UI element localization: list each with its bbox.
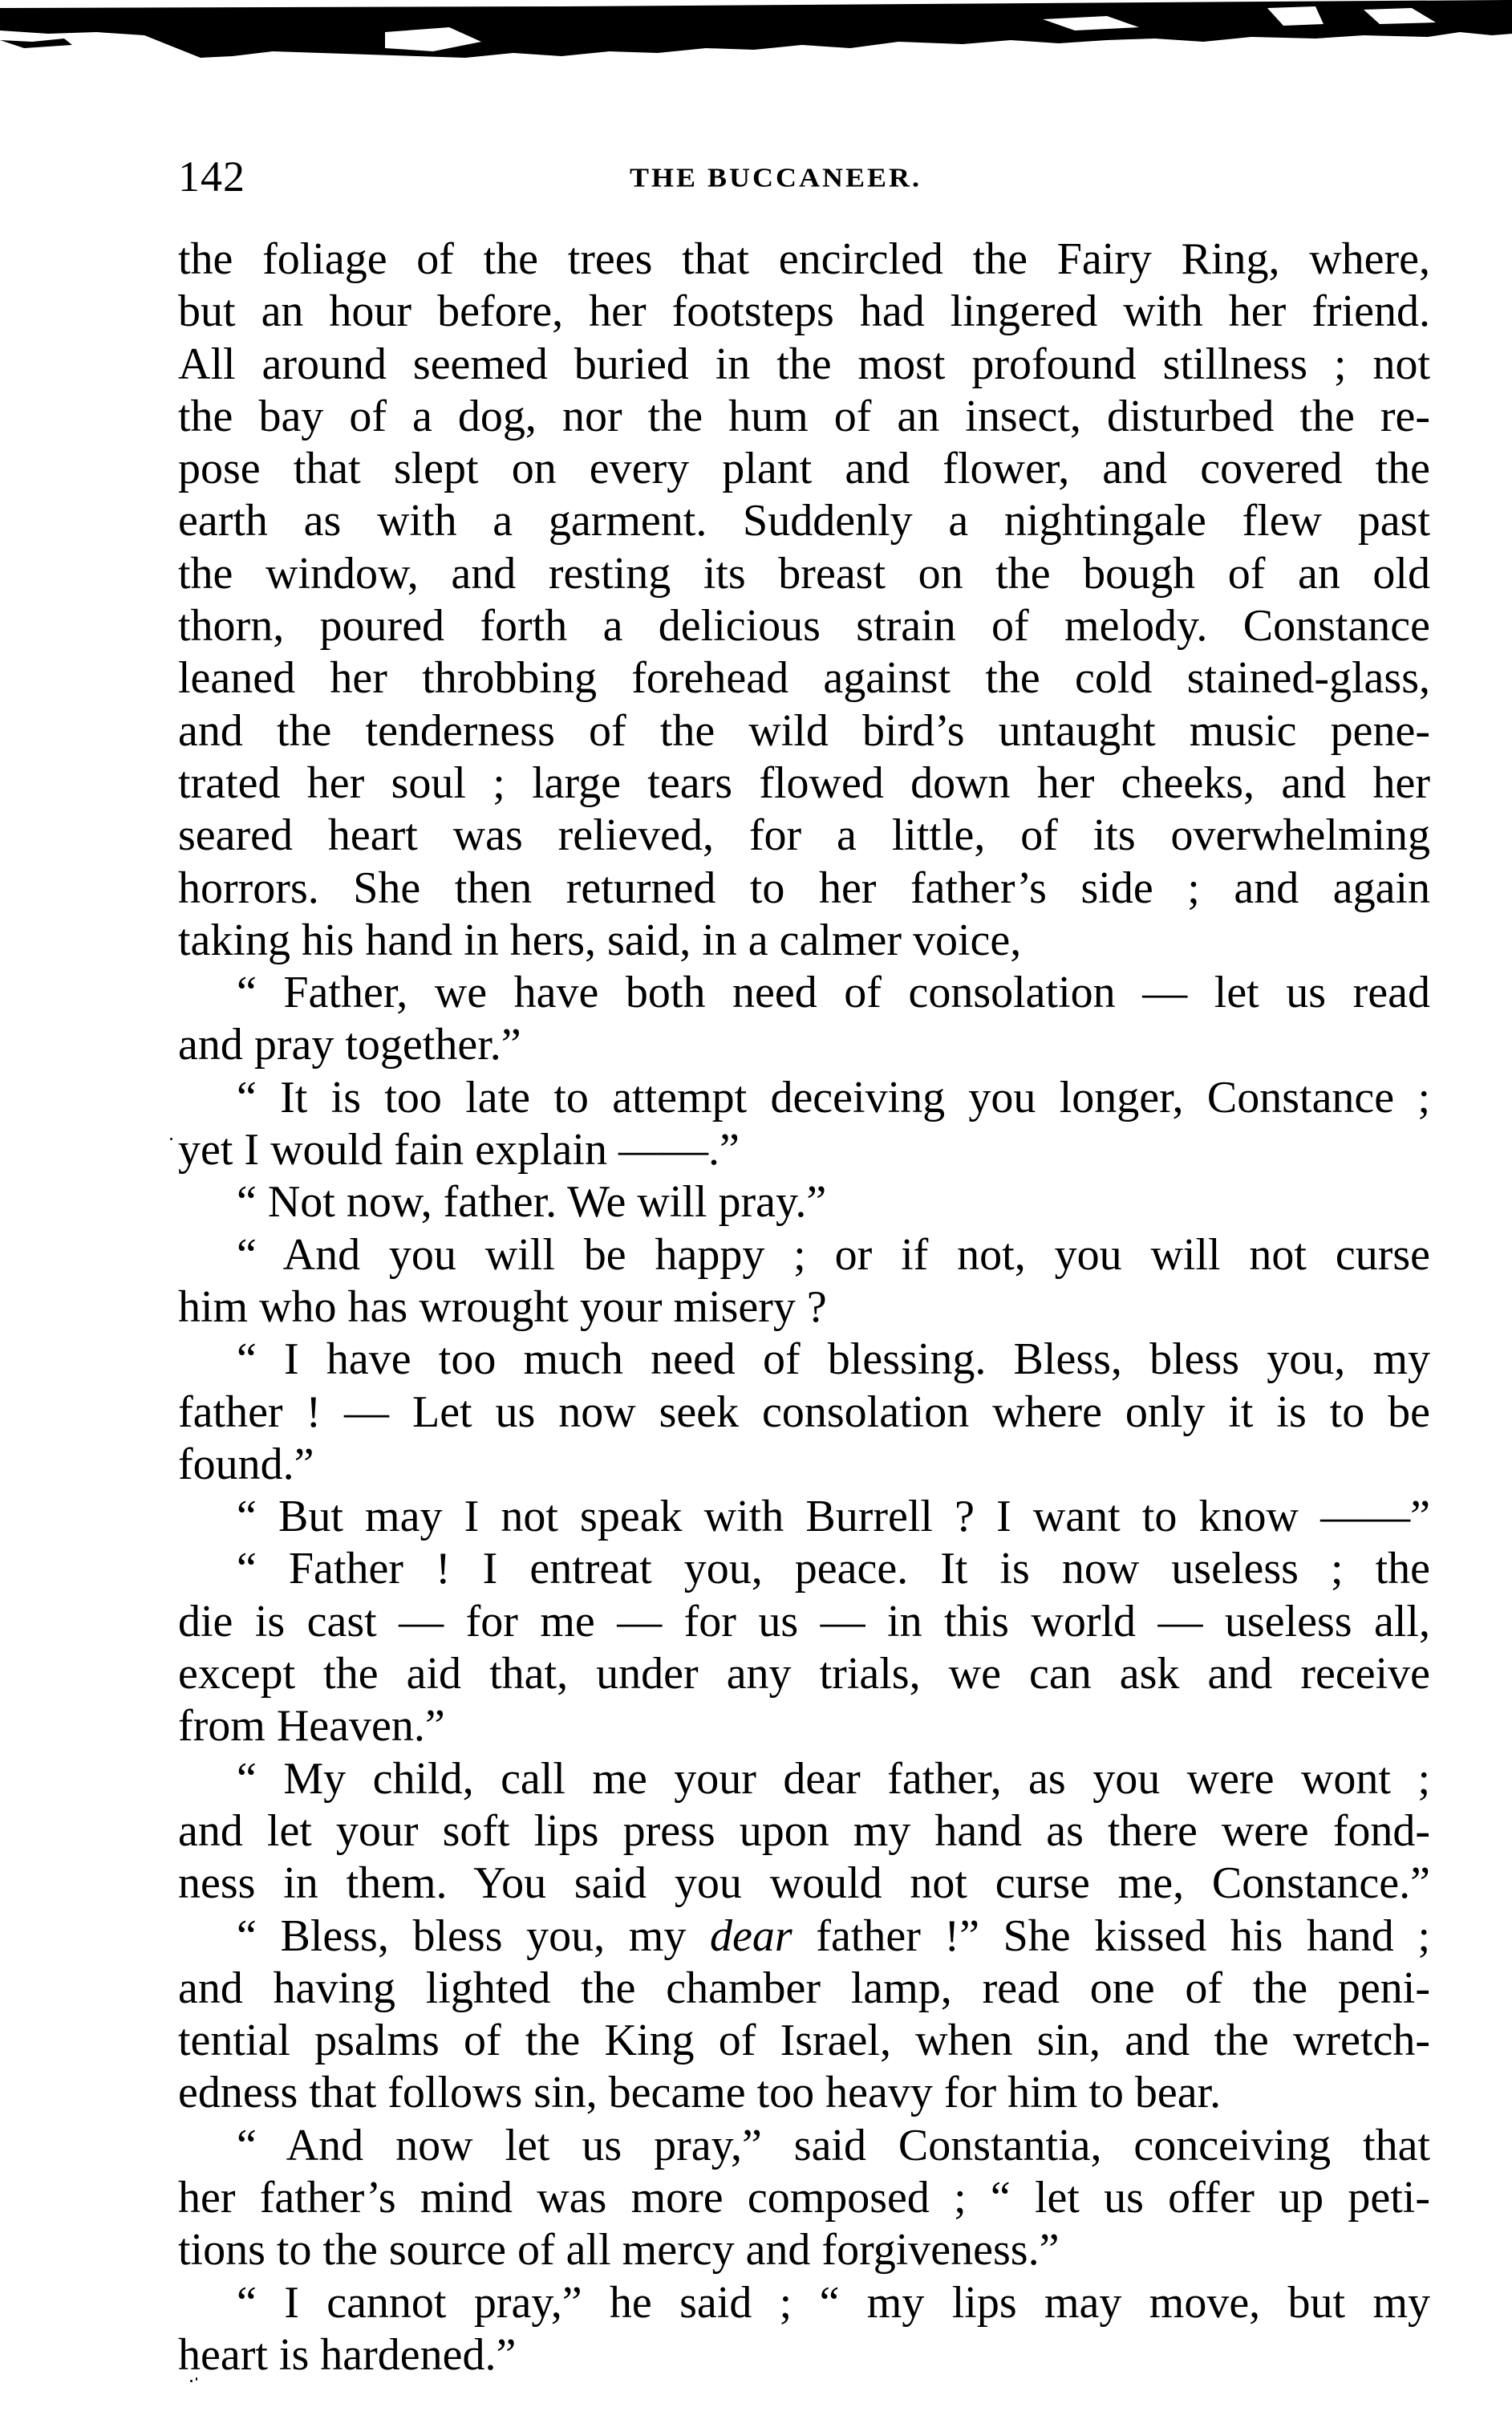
text-line: her father’s mind was more composed ; “ … bbox=[178, 2172, 1430, 2224]
text-line: the foliage of the trees that encircled … bbox=[178, 233, 1430, 286]
scan-speck bbox=[170, 1138, 172, 1140]
text-line: tential psalms of the King of Israel, wh… bbox=[178, 2015, 1430, 2067]
text-line: “ I cannot pray,” he said ; “ my lips ma… bbox=[178, 2277, 1430, 2329]
text-segment: father !” She kissed his hand ; bbox=[792, 1911, 1430, 1961]
text-line: die is cast — for me — for us — in this … bbox=[178, 1596, 1430, 1648]
text-line: “ I have too much need of blessing. Bles… bbox=[178, 1334, 1430, 1386]
text-line: and the tenderness of the wild bird’s un… bbox=[178, 705, 1430, 757]
text-line: pose that slept on every plant and flowe… bbox=[178, 443, 1430, 495]
text-line: earth as with a garment. Suddenly a nigh… bbox=[178, 495, 1430, 547]
italic-emphasis: dear bbox=[710, 1911, 792, 1961]
text-line: yet I would fain explain ——.” bbox=[178, 1124, 1430, 1176]
text-line: seared heart was relieved, for a little,… bbox=[178, 810, 1430, 862]
text-line: thorn, poured forth a delicious strain o… bbox=[178, 600, 1430, 652]
text-line: and pray together.” bbox=[178, 1019, 1430, 1071]
text-line: “ Father ! I entreat you, peace. It is n… bbox=[178, 1543, 1430, 1595]
text-line: horrors. She then returned to her father… bbox=[178, 863, 1430, 915]
text-line: trated her soul ; large tears flowed dow… bbox=[178, 757, 1430, 810]
text-line-with-italic: “ Bless, bless you, my dear father !” Sh… bbox=[178, 1910, 1430, 1963]
text-line: tions to the source of all mercy and for… bbox=[178, 2224, 1430, 2276]
text-line: “ But may I not speak with Burrell ? I w… bbox=[178, 1491, 1430, 1543]
text-line: him who has wrought your misery ? bbox=[178, 1281, 1430, 1334]
scan-speck bbox=[196, 2377, 197, 2381]
text-line: leaned her throbbing forehead against th… bbox=[178, 652, 1430, 704]
text-line: heart is hardened.” bbox=[178, 2329, 1430, 2381]
text-line: “ Father, we have both need of consolati… bbox=[178, 967, 1430, 1019]
scan-speck bbox=[190, 2380, 193, 2382]
text-line: All around seemed buried in the most pro… bbox=[178, 339, 1430, 391]
text-line: “ My child, call me your dear father, as… bbox=[178, 1753, 1430, 1805]
text-line: the bay of a dog, nor the hum of an inse… bbox=[178, 391, 1430, 443]
running-title: THE BUCCANEER. bbox=[630, 158, 983, 197]
text-line: “ Not now, father. We will pray.” bbox=[178, 1176, 1430, 1228]
text-line: and let your soft lips press upon my han… bbox=[178, 1805, 1430, 1857]
text-line: found.” bbox=[178, 1439, 1430, 1491]
text-line: “ And now let us pray,” said Constantia,… bbox=[178, 2120, 1430, 2172]
text-segment: “ Bless, bless you, my bbox=[237, 1911, 710, 1961]
text-line: taking his hand in hers, said, in a calm… bbox=[178, 915, 1430, 967]
page-body-text: the foliage of the trees that encircled … bbox=[178, 233, 1430, 2381]
text-line: ness in them. You said you would not cur… bbox=[178, 1857, 1430, 1910]
text-line: but an hour before, her footsteps had li… bbox=[178, 286, 1430, 338]
page-number: 142 bbox=[178, 152, 245, 201]
text-line: and having lighted the chamber lamp, rea… bbox=[178, 1963, 1430, 2015]
text-line: except the aid that, under any trials, w… bbox=[178, 1648, 1430, 1700]
text-line: father ! — Let us now seek consolation w… bbox=[178, 1386, 1430, 1439]
text-line: “ It is too late to attempt deceiving yo… bbox=[178, 1072, 1430, 1124]
text-line: the window, and resting its breast on th… bbox=[178, 548, 1430, 600]
scan-edge-artifact bbox=[0, 0, 1512, 64]
text-line: “ And you will be happy ; or if not, you… bbox=[178, 1229, 1430, 1281]
text-line: edness that follows sin, became too heav… bbox=[178, 2067, 1430, 2119]
text-line: from Heaven.” bbox=[178, 1700, 1430, 1752]
